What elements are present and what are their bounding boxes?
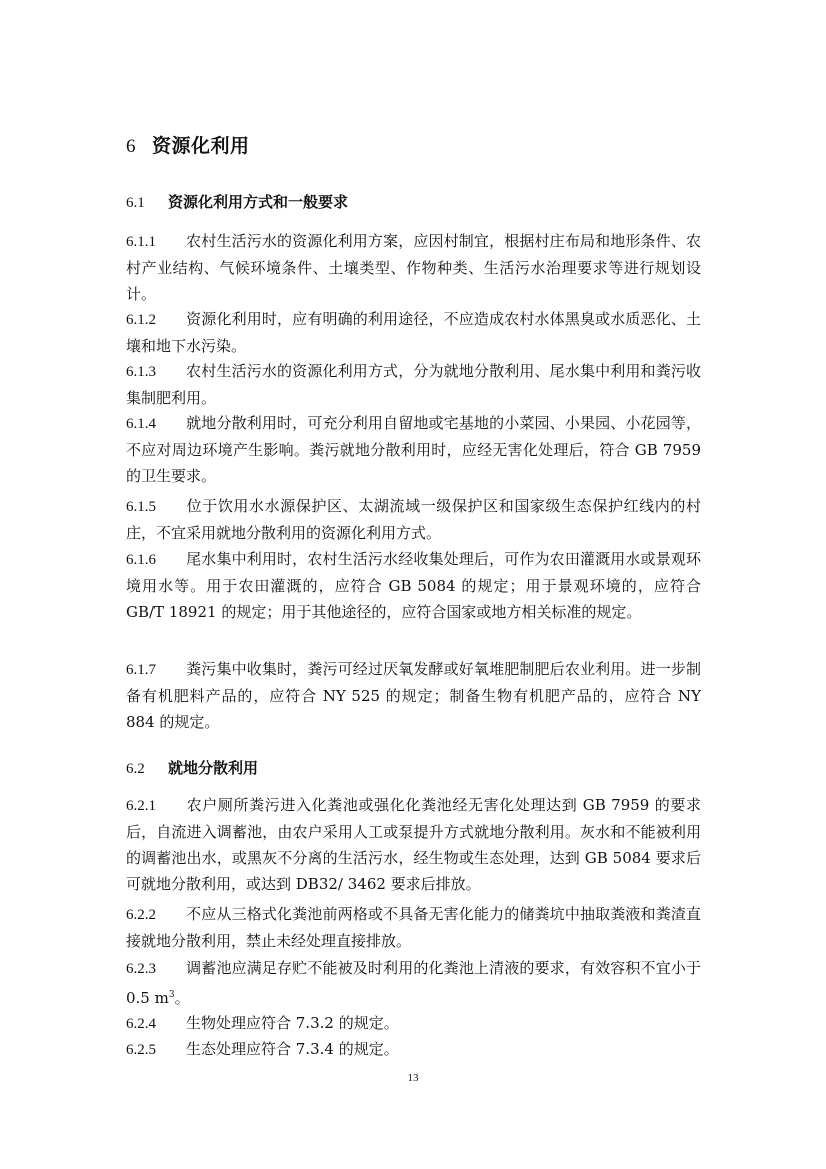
section-title: 资源化利用方式和一般要求: [168, 193, 348, 211]
clause-6-1-7: 6.1.7粪污集中收集时，粪污可经过厌氧发酵或好氧堆肥制肥后农业利用。进一步制备…: [126, 656, 701, 735]
clause-text: 生态处理应符合 7.3.4 的规定。: [186, 1040, 399, 1058]
chapter-number: 6: [126, 136, 136, 157]
clause-6-1-1: 6.1.1农村生活污水的资源化利用方案，应因村制宜，根据村庄布局和地形条件、农村…: [126, 228, 701, 307]
clause-number: 6.1.5: [126, 494, 186, 520]
clause-number: 6.2.2: [126, 902, 186, 928]
clause-6-1-3: 6.1.3农村生活污水的资源化利用方式，分为就地分散利用、尾水集中利用和粪污收集…: [126, 358, 701, 411]
clause-text: 农村生活污水的资源化利用方式，分为就地分散利用、尾水集中利用和粪污收集制肥利用。: [126, 362, 701, 407]
clause-text: 农户厕所粪污进入化粪池或强化化粪池经无害化处理达到 GB 7959 的要求后，自…: [126, 796, 701, 893]
document-page: 6资源化利用 6.1资源化利用方式和一般要求 6.1.1农村生活污水的资源化利用…: [0, 0, 826, 1169]
clause-6-2-4: 6.2.4生物处理应符合 7.3.2 的规定。: [126, 1010, 701, 1037]
clause-text: 资源化利用时，应有明确的利用途径，不应造成农村水体黑臭或水质恶化、土壤和地下水污…: [126, 310, 701, 355]
clause-text: 调蓄池应满足存贮不能被及时利用的化粪池上清液的要求，有效容积不宜小于 0.5 m: [126, 959, 701, 1007]
clause-number: 6.2.4: [126, 1011, 186, 1037]
clause-number: 6.1.6: [126, 547, 186, 573]
section-number: 6.2: [126, 761, 168, 778]
clause-6-1-2: 6.1.2资源化利用时，应有明确的利用途径，不应造成农村水体黑臭或水质恶化、土壤…: [126, 306, 701, 359]
clause-number: 6.1.4: [126, 411, 186, 437]
clause-text: 就地分散利用时，可充分利用自留地或宅基地的小菜园、小果园、小花园等，不应对周边环…: [126, 414, 701, 485]
clause-number: 6.2.5: [126, 1037, 186, 1063]
clause-text: 粪污集中收集时，粪污可经过厌氧发酵或好氧堆肥制肥后农业利用。进一步制备有机肥料产…: [126, 660, 701, 731]
chapter-heading: 6资源化利用: [126, 131, 250, 158]
clause-6-2-3: 6.2.3调蓄池应满足存贮不能被及时利用的化粪池上清液的要求，有效容积不宜小于 …: [126, 955, 701, 1011]
clause-6-2-1: 6.2.1农户厕所粪污进入化粪池或强化化粪池经无害化处理达到 GB 7959 的…: [126, 792, 701, 897]
clause-text: 生物处理应符合 7.3.2 的规定。: [186, 1014, 399, 1032]
clause-6-1-6: 6.1.6尾水集中利用时，农村生活污水经收集处理后，可作为农田灌溉用水或景观环境…: [126, 546, 701, 625]
clause-6-2-2: 6.2.2不应从三格式化粪池前两格或不具备无害化能力的储粪坑中抽取粪液和粪渣直接…: [126, 901, 701, 954]
clause-6-1-5: 6.1.5位于饮用水水源保护区、太湖流域一级保护区和国家级生态保护红线内的村庄，…: [126, 493, 701, 546]
clause-6-1-4: 6.1.4就地分散利用时，可充分利用自留地或宅基地的小菜园、小果园、小花园等，不…: [126, 410, 701, 489]
clause-number: 6.2.1: [126, 793, 186, 819]
clause-text: 位于饮用水水源保护区、太湖流域一级保护区和国家级生态保护红线内的村庄，不宜采用就…: [126, 497, 701, 542]
clause-text: 不应从三格式化粪池前两格或不具备无害化能力的储粪坑中抽取粪液和粪渣直接就地分散利…: [126, 905, 701, 950]
clause-number: 6.1.3: [126, 359, 186, 385]
clause-number: 6.1.1: [126, 229, 186, 255]
section-title: 就地分散利用: [168, 759, 258, 777]
chapter-title: 资源化利用: [152, 135, 250, 157]
section-number: 6.1: [126, 195, 168, 212]
clause-6-2-5: 6.2.5生态处理应符合 7.3.4 的规定。: [126, 1036, 701, 1063]
clause-number: 6.2.3: [126, 956, 186, 982]
clause-number: 6.1.7: [126, 657, 186, 683]
section-heading-6-2: 6.2就地分散利用: [126, 757, 258, 778]
clause-tail: 。: [175, 989, 190, 1007]
page-number: 13: [0, 1072, 826, 1084]
clause-number: 6.1.2: [126, 307, 186, 333]
clause-text: 农村生活污水的资源化利用方案，应因村制宜，根据村庄布局和地形条件、农村产业结构、…: [126, 232, 701, 303]
section-heading-6-1: 6.1资源化利用方式和一般要求: [126, 191, 348, 212]
clause-text: 尾水集中利用时，农村生活污水经收集处理后，可作为农田灌溉用水或景观环境用水等。用…: [126, 550, 701, 621]
